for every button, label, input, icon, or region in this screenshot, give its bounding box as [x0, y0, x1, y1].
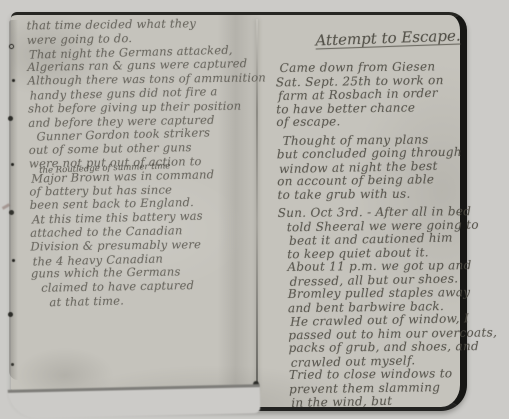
handwriting-line: in the wind, but [291, 393, 484, 410]
right-page-handwriting: Came down from GiesenSat. Sept. 25th to … [276, 60, 483, 415]
handwriting-line: of escape. [276, 114, 478, 129]
handwriting-line: Tried to close windows to [289, 367, 482, 382]
paragraph-plans: Thought of many plansbut concluded going… [277, 132, 480, 202]
handwriting-line: to take grub with us. [277, 187, 479, 202]
handwriting-line: of battery but has since [29, 182, 251, 199]
handwriting-line: at that time. [49, 291, 255, 310]
handwriting-line: that time decided what they [27, 17, 249, 34]
notebook-pages: that time decided what theywere going to… [11, 12, 467, 411]
handwriting-line: shot before giving up their position [28, 99, 250, 116]
paragraph-came-down: Came down from GiesenSat. Sept. 25th to … [276, 60, 479, 130]
handwriting-line: Came down from Giesen [280, 60, 478, 75]
diary-photograph: that time decided what theywere going to… [0, 0, 509, 419]
handwriting-line: Thought of many plans [283, 133, 479, 148]
torn-edge-marks [10, 45, 13, 48]
handwriting-line: Bromley pulled staples away [288, 286, 481, 301]
left-page-bottom-edge [8, 384, 261, 419]
torn-edge-shading [9, 20, 18, 380]
left-page-handwriting: that time decided what theywere going to… [26, 16, 253, 310]
page-title: Attempt to Escape. [297, 26, 480, 50]
page-title-text: Attempt to Escape. [315, 26, 461, 49]
paragraph-oct-3rd: Sun. Oct 3rd. - After all in bedtold She… [278, 205, 483, 410]
handwriting-line: Sun. Oct 3rd. - After all in bed [278, 205, 480, 220]
